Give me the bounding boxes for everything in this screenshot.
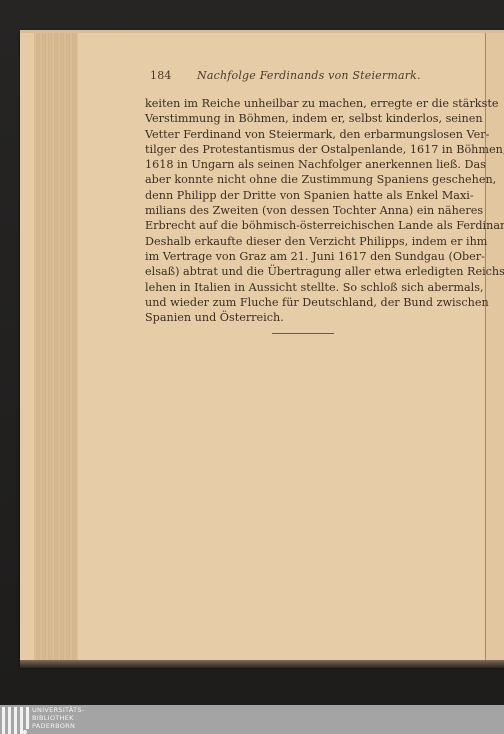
logo-line: PADERBORN	[32, 722, 84, 730]
text-line: denn Philipp der Dritte von Spanien hatt…	[145, 188, 463, 203]
text-line: im Vertrage von Graz am 21. Juni 1617 de…	[145, 249, 463, 264]
text-line: elsaß) abtrat und die Übertragung aller …	[145, 264, 463, 279]
running-title: Nachfolge Ferdinands von Steiermark.	[197, 69, 421, 82]
text-line: Spanien und Österreich.	[145, 310, 463, 325]
logo-line: UNIVERSITÄTS-	[32, 706, 84, 714]
text-line: keiten im Reiche unheilbar zu machen, er…	[145, 96, 463, 111]
text-line: Vetter Ferdinand von Steiermark, den erb…	[145, 127, 463, 142]
text-line: lehen in Italien in Aussicht stellte. So…	[145, 280, 463, 295]
text-line: 1618 in Ungarn als seinen Nachfolger ane…	[145, 157, 463, 172]
text-line: Erbrecht auf die böhmisch-österreichisch…	[145, 218, 463, 233]
text-line: Verstimmung in Böhmen, indem er, selbst …	[145, 111, 463, 126]
text-line: und wieder zum Fluche für Deutschland, d…	[145, 295, 463, 310]
page-outer-edge	[20, 33, 34, 661]
page-number: 184	[150, 69, 172, 82]
library-logo-dot-icon	[23, 730, 27, 734]
book-bottom-shadow	[20, 660, 504, 668]
text-line: tilger des Protestantismus der Ostalpenl…	[145, 142, 463, 157]
text-line: aber konnte nicht ohne die Zustimmung Sp…	[145, 172, 463, 187]
text-line: Deshalb erkaufte dieser den Verzicht Phi…	[145, 234, 463, 249]
logo-line: BIBLIOTHEK	[32, 714, 84, 722]
library-logo-text: UNIVERSITÄTS- BIBLIOTHEK PADERBORN	[32, 706, 84, 730]
text-line: milians des Zweiten (von dessen Tochter …	[145, 203, 463, 218]
section-end-rule	[272, 333, 334, 334]
body-text: keiten im Reiche unheilbar zu machen, er…	[145, 96, 463, 325]
